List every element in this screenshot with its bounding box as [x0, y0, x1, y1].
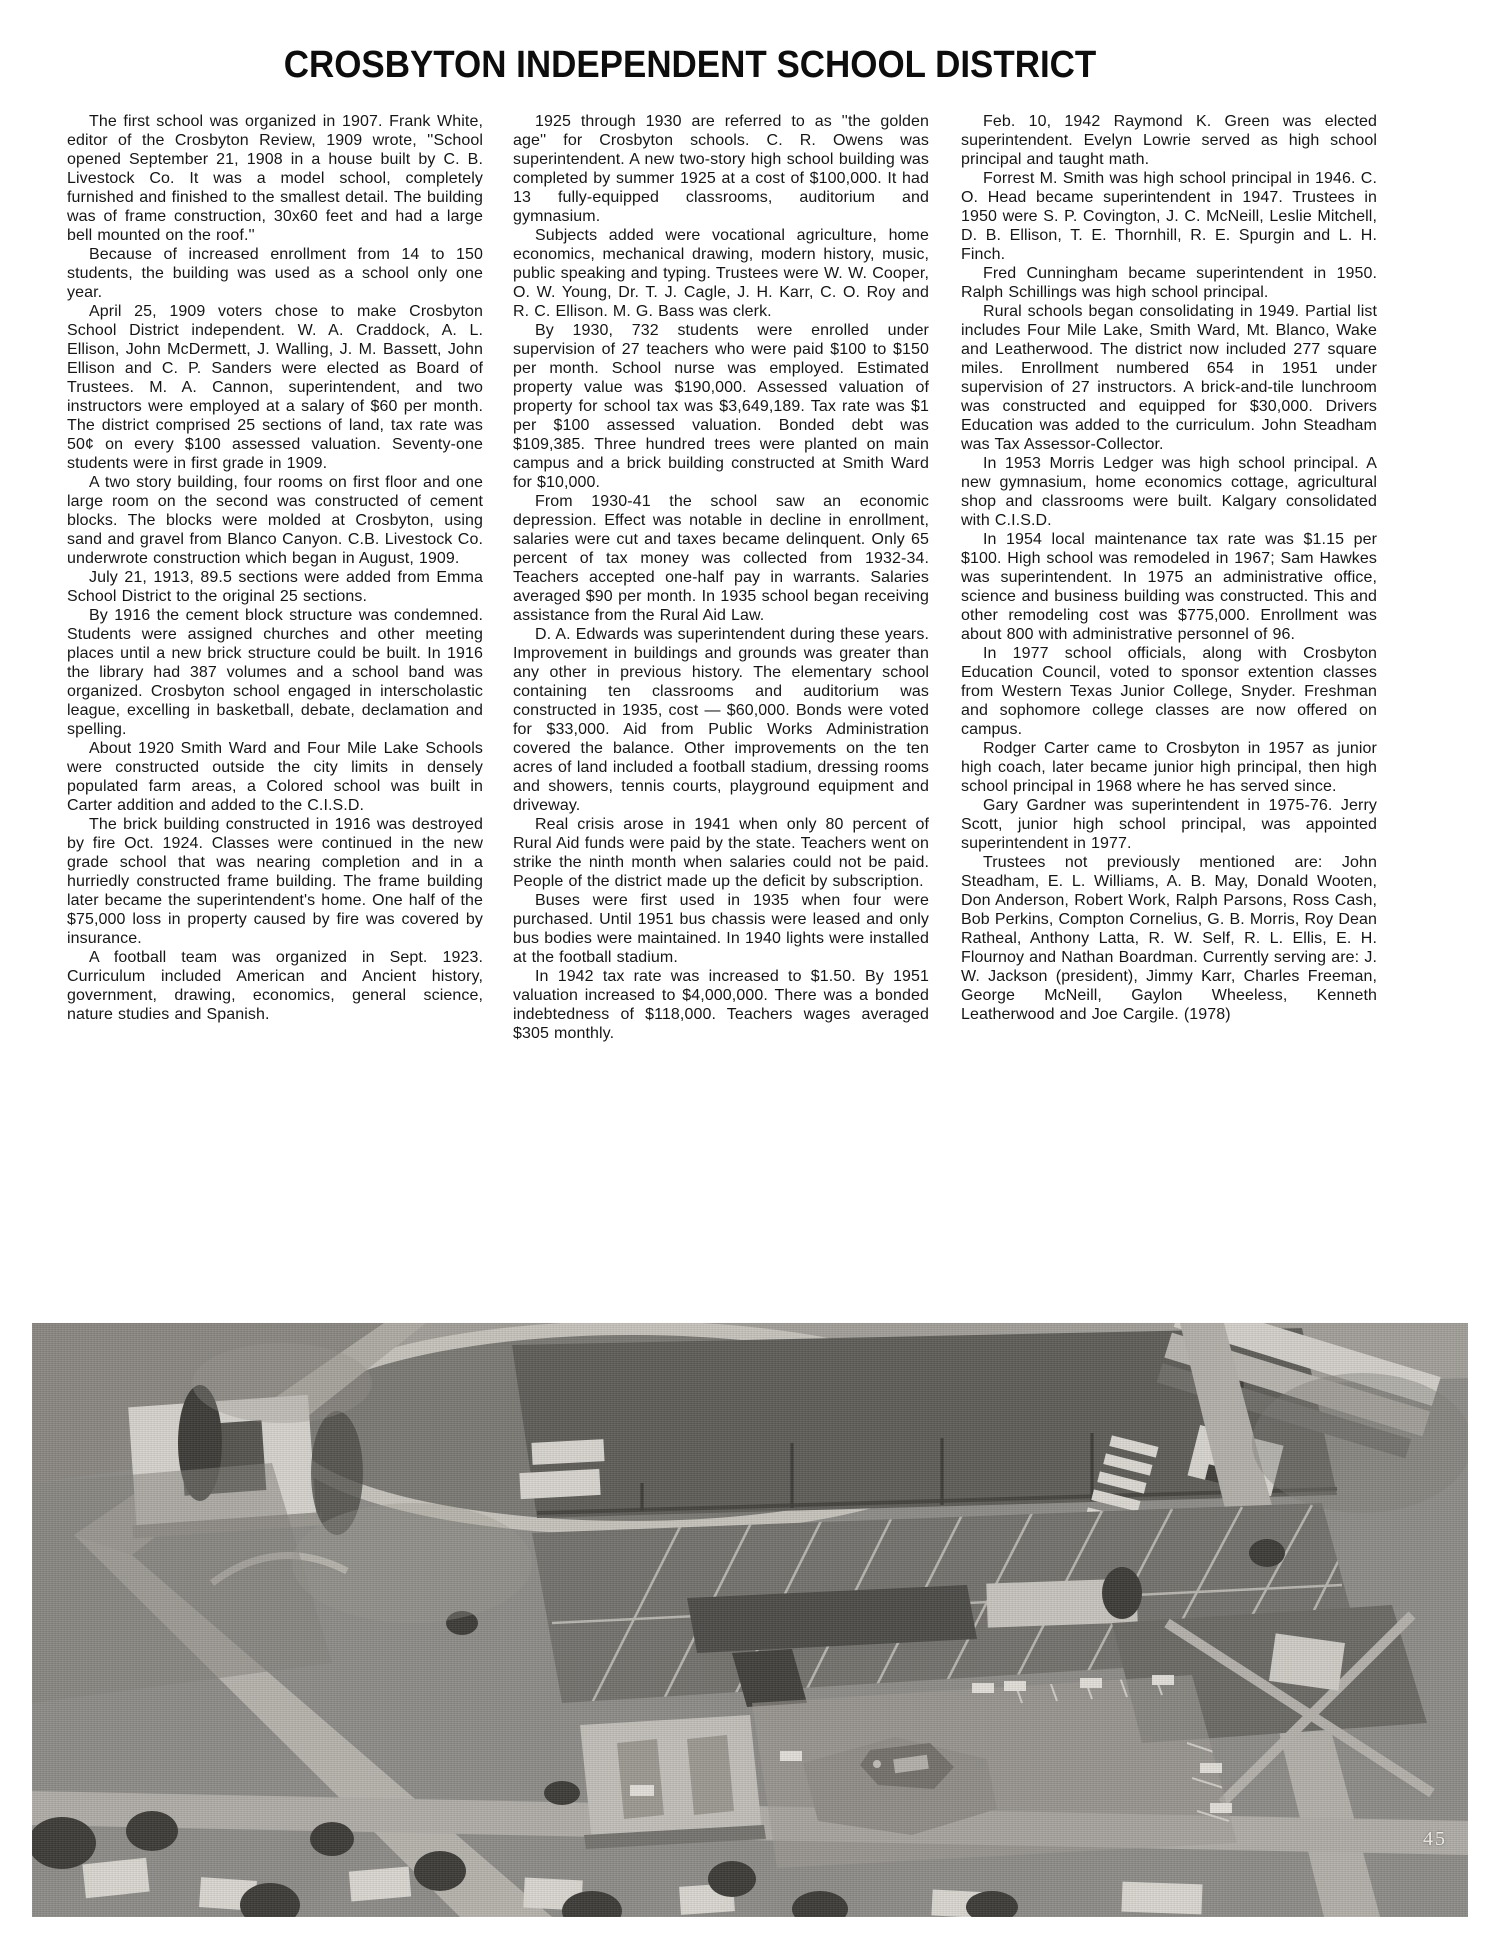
paragraph: Gary Gardner was superintendent in 1975-…: [961, 796, 1377, 853]
paragraph: In 1954 local maintenance tax rate was $…: [961, 530, 1377, 644]
paragraph: From 1930-41 the school saw an economic …: [513, 492, 929, 625]
paragraph: A two story building, four rooms on firs…: [67, 473, 483, 568]
paragraph: April 25, 1909 voters chose to make Cros…: [67, 302, 483, 473]
paragraph: Rodger Carter came to Crosbyton in 1957 …: [961, 739, 1377, 796]
article-column-2: 1925 through 1930 are referred to as ''t…: [513, 112, 929, 1043]
paragraph: 1925 through 1930 are referred to as ''t…: [513, 112, 929, 226]
paragraph: In 1953 Morris Ledger was high school pr…: [961, 454, 1377, 530]
paragraph: Buses were first used in 1935 when four …: [513, 891, 929, 967]
paragraph: In 1977 school officials, along with Cro…: [961, 644, 1377, 739]
paragraph: Real crisis arose in 1941 when only 80 p…: [513, 815, 929, 891]
parking-lot: [752, 1675, 1237, 1868]
paragraph: Rural schools began consolidating in 194…: [961, 302, 1377, 454]
paragraph: Trustees not previously mentioned are: J…: [961, 853, 1377, 1024]
aerial-photo-illustration: [32, 1323, 1468, 1917]
small-building-right: [1269, 1633, 1345, 1690]
paragraph: The brick building constructed in 1916 w…: [67, 815, 483, 948]
aerial-photo: 45: [32, 1323, 1468, 1917]
article-column-3: Feb. 10, 1942 Raymond K. Green was elect…: [961, 112, 1377, 1024]
paragraph: D. A. Edwards was superintendent during …: [513, 625, 929, 815]
paragraph: By 1916 the cement block structure was c…: [67, 606, 483, 739]
paragraph: Forrest M. Smith was high school princip…: [961, 169, 1377, 264]
paragraph: In 1942 tax rate was increased to $1.50.…: [513, 967, 929, 1043]
paragraph: July 21, 1913, 89.5 sections were added …: [67, 568, 483, 606]
paragraph: Because of increased enrollment from 14 …: [67, 245, 483, 302]
paragraph: About 1920 Smith Ward and Four Mile Lake…: [67, 739, 483, 815]
page: CROSBYTON INDEPENDENT SCHOOL DISTRICT Th…: [0, 0, 1500, 1941]
paragraph: Fred Cunningham became superintendent in…: [961, 264, 1377, 302]
article-column-1: The first school was organized in 1907. …: [67, 112, 483, 1024]
auditorium-building: [580, 1715, 766, 1849]
paragraph: A football team was organized in Sept. 1…: [67, 948, 483, 1024]
paragraph: The first school was organized in 1907. …: [67, 112, 483, 245]
paragraph: By 1930, 732 students were enrolled unde…: [513, 321, 929, 492]
page-number: 45: [1423, 1828, 1447, 1851]
paragraph: Subjects added were vocational agricultu…: [513, 226, 929, 321]
page-title: CROSBYTON INDEPENDENT SCHOOL DISTRICT: [110, 44, 1269, 87]
paragraph: Feb. 10, 1942 Raymond K. Green was elect…: [961, 112, 1377, 169]
